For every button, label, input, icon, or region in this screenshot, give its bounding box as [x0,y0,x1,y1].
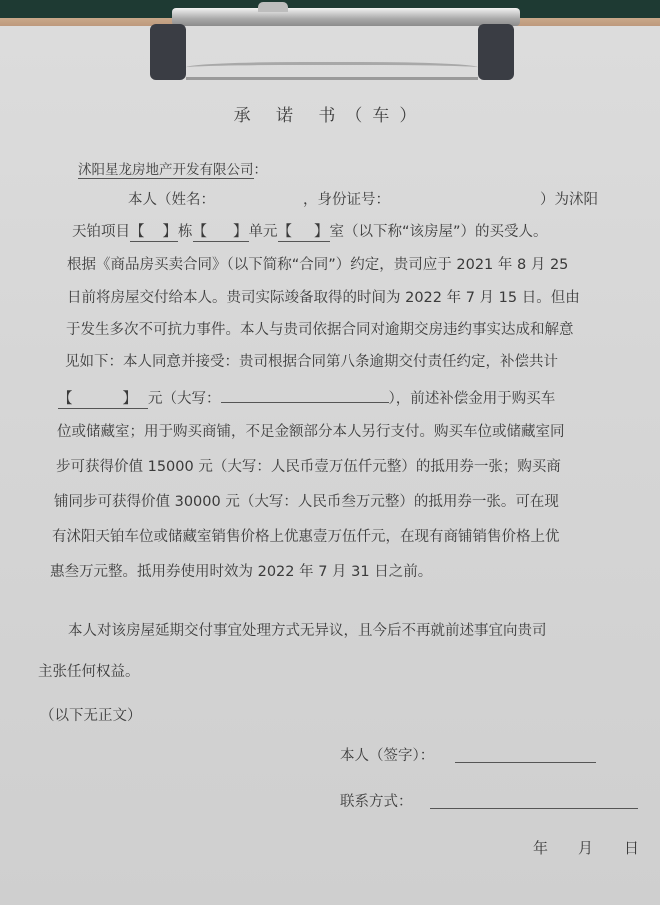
date-month: 月 [578,837,593,858]
contact-label: 联系方式： [340,790,413,811]
paragraph-line: 见如下：本人同意并接受：贵司根据合同第八条逾期交付责任约定，补偿共计 [65,350,558,371]
bracket-close: 】 [314,224,329,240]
project-label: 天铂项目 [72,224,130,240]
date-year: 年 [533,837,548,858]
addressee-company: 沭阳星龙房地产开发有限公司 [78,162,254,179]
bracket-close: 】 [233,224,248,240]
end-note: （以下无正文） [40,704,142,725]
clipboard-clip-right-icon [478,24,514,80]
building-label: 栋 [178,224,193,240]
document-title: 承 诺 书（车） [0,101,660,126]
id-label: ，身份证号： [303,192,390,208]
property-line: 天铂项目【】栋【】单元【】室（以下称“该房屋”）的买受人。 [72,220,548,242]
clipboard-clip-bar [172,8,520,26]
unit-label: 单元 [249,224,278,240]
paragraph-line: 位或储藏室；用于购买商铺，不足金额部分本人另行支付。购买车位或储藏室同 [57,420,565,441]
paragraph-line: 于发生多次不可抗力事件。本人与贵司依据合同对逾期交房违约事实达成和解意 [66,318,574,339]
intro-suffix: ）为沭阳 [540,192,598,208]
amount-words-field[interactable] [221,402,389,403]
paragraph-line: 惠叁万元整。抵用券使用时效为 2022 年 7 月 31 日之前。 [50,560,432,581]
clipboard-wire [186,62,478,80]
closing-line: 主张任何权益。 [38,660,140,681]
clipboard-clip-left-icon [150,24,186,80]
amount-suffix: ），前述补偿金用于购买车 [389,391,556,407]
bracket-close: 】 [123,391,138,407]
contact-field[interactable] [430,808,638,809]
unit-field[interactable]: 【】 [193,220,249,242]
amount-line: 【】元（大写：），前述补偿金用于购买车 [58,387,555,409]
bracket-open: 【 [278,224,293,240]
addressee-colon: ： [254,162,268,178]
name-label: 本人（姓名： [128,192,215,208]
building-field[interactable]: 【】 [130,220,178,242]
clipboard-clip-knob [258,2,288,12]
bracket-open: 【 [58,391,73,407]
date-day: 日 [624,837,639,858]
bracket-open: 【 [130,224,145,240]
room-suffix: 室（以下称“该房屋”）的买受人。 [330,224,548,240]
paragraph-line: 根据《商品房买卖合同》（以下简称“合同”）约定，贵司应于 2021 年 8 月 … [67,253,568,274]
intro-line: 本人（姓名：，身份证号：）为沭阳 [128,188,598,209]
amount-yuan-label: 元（大写： [148,391,221,407]
paragraph-line: 步可获得价值 15000 元（大写：人民币壹万伍仟元整）的抵用券一张；购买商 [56,455,561,476]
paragraph-line: 铺同步可获得价值 30000 元（大写：人民币叁万元整）的抵用券一张。可在现 [54,490,559,511]
amount-field[interactable]: 【】 [58,387,148,409]
paragraph-line: 有沭阳天铂车位或储藏室销售价格上优惠壹万伍仟元，在现有商铺销售价格上优 [52,525,560,546]
bracket-open: 【 [193,224,208,240]
signature-field[interactable] [455,762,596,763]
bracket-close: 】 [163,224,178,240]
closing-line: 本人对该房屋延期交付事宜处理方式无异议，且今后不再就前述事宜向贵司 [68,619,547,640]
paragraph-line: 日前将房屋交付给本人。贵司实际竣备取得的时间为 2022 年 7 月 15 日。… [67,286,580,307]
room-field[interactable]: 【】 [278,220,330,242]
addressee-line: 沭阳星龙房地产开发有限公司： [78,158,267,178]
signature-label: 本人（签字）： [340,744,434,765]
